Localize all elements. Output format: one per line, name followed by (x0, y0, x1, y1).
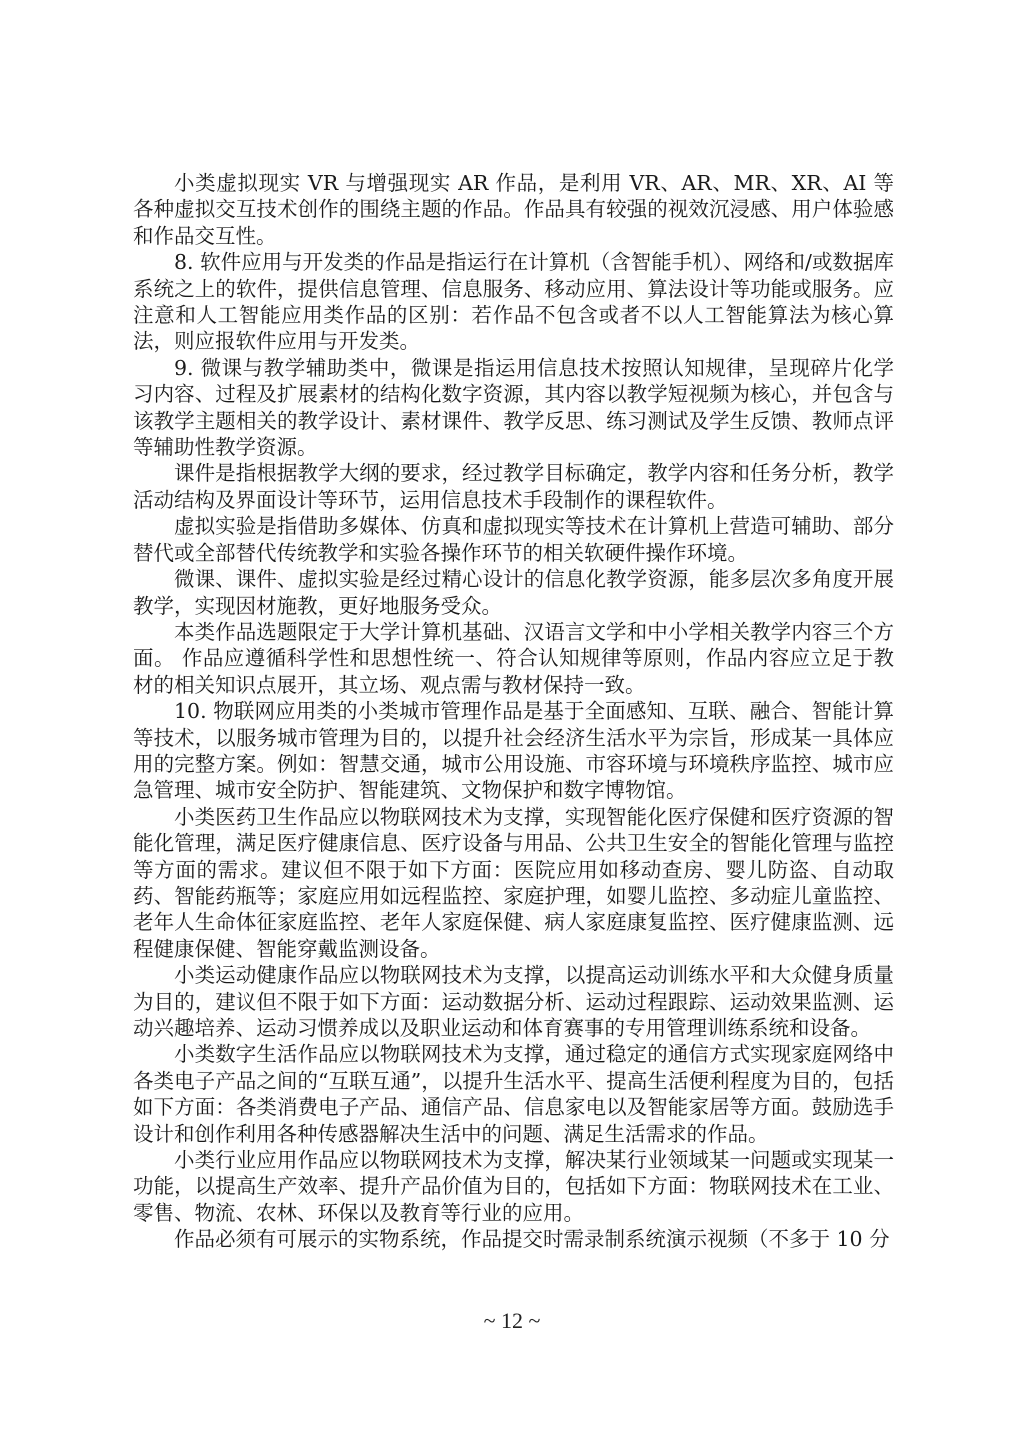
paragraph-virtual-lab: 虚拟实验是指借助多媒体、仿真和虚拟现实等技术在计算机上营造可辅助、部分替代或全部… (133, 513, 894, 566)
paragraph-courseware: 课件是指根据教学大纲的要求，经过教学目标确定，教学内容和任务分析，教学活动结构及… (133, 460, 894, 513)
paragraph-physical-system: 作品必须有可展示的实物系统，作品提交时需录制系统演示视频（不多于 10 分 (133, 1226, 894, 1252)
paragraph-microcourse: 9. 微课与教学辅助类中，微课是指运用信息技术按照认知规律，呈现碎片化学习内容、… (133, 355, 894, 461)
paragraph-vr-ar: 小类虚拟现实 VR 与增强现实 AR 作品，是利用 VR、AR、MR、XR、AI… (133, 170, 894, 249)
paragraph-iot-digital-life: 小类数字生活作品应以物联网技术为支撑，通过稳定的通信方式实现家庭网络中各类电子产… (133, 1041, 894, 1147)
paragraph-teaching-resources: 微课、课件、虚拟实验是经过精心设计的信息化教学资源，能多层次多角度开展教学，实现… (133, 566, 894, 619)
paragraph-iot-industry: 小类行业应用作品应以物联网技术为支撑，解决某行业领域某一问题或实现某一功能，以提… (133, 1147, 894, 1226)
page-number: ~ 12 ~ (0, 1308, 1024, 1334)
paragraph-iot-city: 10. 物联网应用类的小类城市管理作品是基于全面感知、互联、融合、智能计算等技术… (133, 698, 894, 804)
paragraph-topic-scope: 本类作品选题限定于大学计算机基础、汉语言文学和中小学相关教学内容三个方面。 作品… (133, 619, 894, 698)
paragraph-iot-sports: 小类运动健康作品应以物联网技术为支撑，以提高运动训练水平和大众健身质量为目的，建… (133, 962, 894, 1041)
paragraph-iot-medical: 小类医药卫生作品应以物联网技术为支撑，实现智能化医疗保健和医疗资源的智能化管理，… (133, 804, 894, 962)
document-body: 小类虚拟现实 VR 与增强现实 AR 作品，是利用 VR、AR、MR、XR、AI… (133, 170, 894, 1253)
paragraph-software-dev: 8. 软件应用与开发类的作品是指运行在计算机（含智能手机）、网络和/或数据库系统… (133, 249, 894, 355)
